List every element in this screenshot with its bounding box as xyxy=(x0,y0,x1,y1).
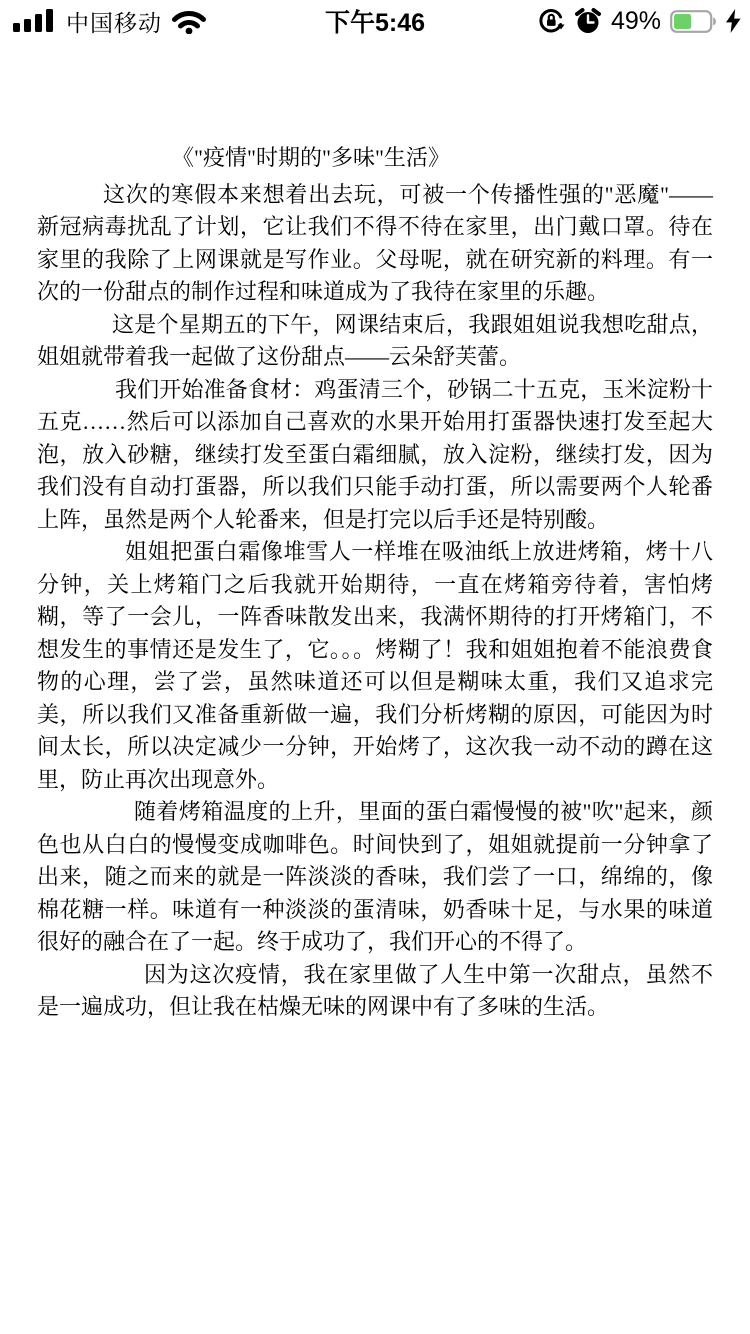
orientation-lock-icon xyxy=(537,7,565,35)
status-bar: 中国移动 下午5:46 49% xyxy=(0,0,750,42)
alarm-clock-icon xyxy=(574,7,602,35)
essay-paragraph: 这是个星期五的下午，网课结束后，我跟姐姐说我想吃甜点，姐姐就带着我一起做了这份甜… xyxy=(37,309,713,374)
battery-icon xyxy=(670,10,717,33)
essay-document[interactable]: 《"疫情"时期的"多味"生活》 这次的寒假本来想着出去玩，可被一个传播性强的"恶… xyxy=(37,142,713,1024)
essay-paragraph: 我们开始准备食材：鸡蛋清三个，砂锅二十五克，玉米淀粉十五克……然后可以添加自己喜… xyxy=(37,374,713,537)
essay-title: 《"疫情"时期的"多味"生活》 xyxy=(172,142,713,175)
clock-time: 下午5:46 xyxy=(325,3,425,39)
essay-paragraph: 这次的寒假本来想着出去玩，可被一个传播性强的"恶魔"——新冠病毒扰乱了计划，它让… xyxy=(37,179,713,309)
battery-percent-label: 49% xyxy=(611,7,661,36)
essay-paragraph: 因为这次疫情，我在家里做了人生中第一次甜点，虽然不是一遍成功，但让我在枯燥无味的… xyxy=(37,959,713,1024)
charging-bolt-icon xyxy=(726,9,741,33)
essay-paragraph: 随着烤箱温度的上升，里面的蛋白霜慢慢的被"吹"起来，颜色也从白白的慢慢变成咖啡色… xyxy=(37,796,713,959)
status-bar-right: 49% xyxy=(537,0,741,42)
essay-paragraph: 姐姐把蛋白霜像堆雪人一样堆在吸油纸上放进烤箱，烤十八分钟，关上烤箱门之后我就开始… xyxy=(37,536,713,796)
phone-screen: 中国移动 下午5:46 49% xyxy=(0,0,750,1334)
